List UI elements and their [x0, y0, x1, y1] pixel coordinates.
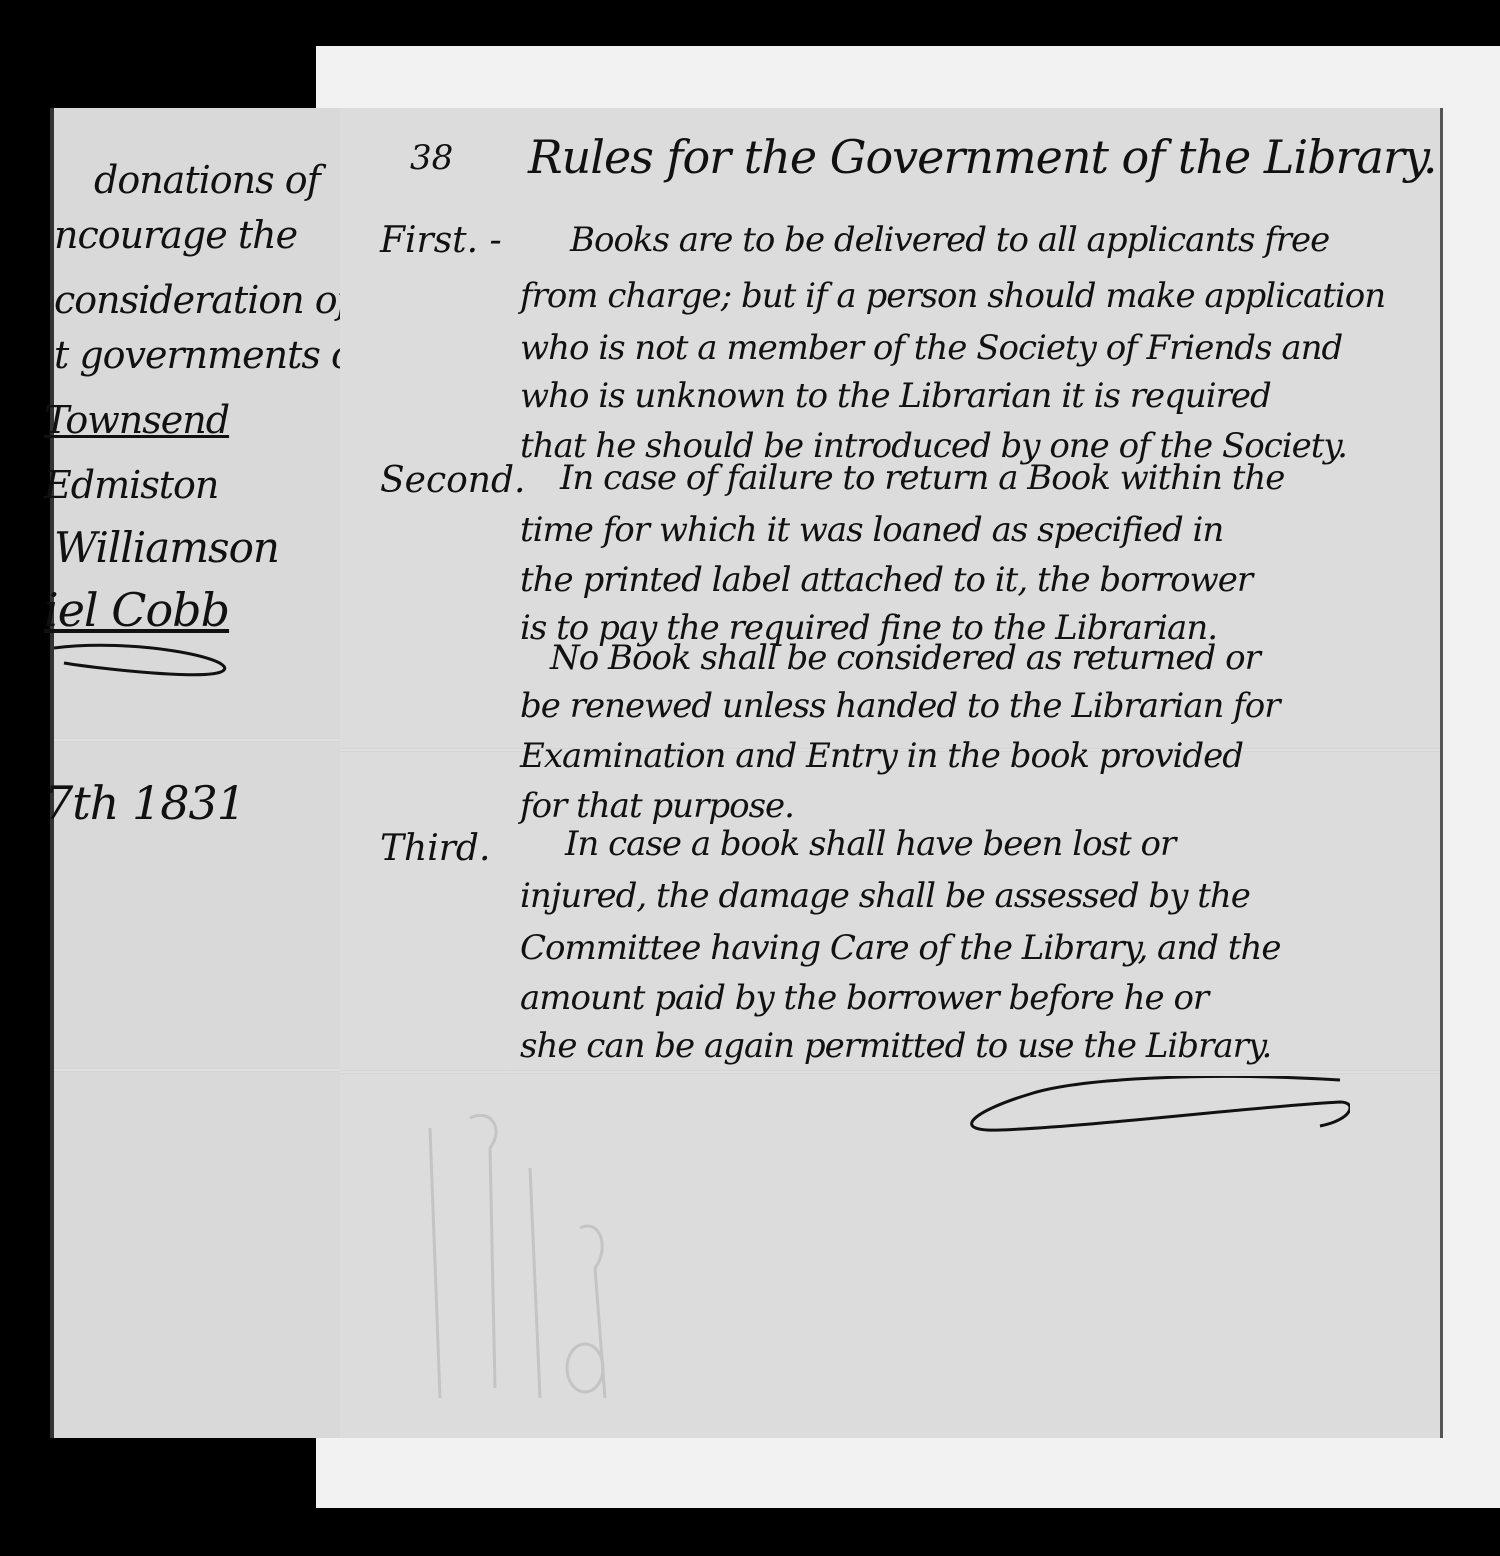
text-line: No Book shall be considered as returned …: [550, 638, 1260, 678]
section-label-second: Second.: [380, 460, 525, 501]
text-line: injured, the damage shall be assessed by…: [520, 876, 1250, 916]
fold-line: [340, 1070, 1440, 1074]
fold-line: [54, 1068, 354, 1072]
closing-flourish: [960, 1076, 1350, 1136]
left-page-fragment: donations of ncourage the consideration …: [50, 108, 354, 1438]
text-line: from charge; but if a person should make…: [520, 276, 1385, 316]
signature-flourish: [54, 628, 244, 688]
left-text-line: t governments of: [54, 333, 366, 377]
text-line: Examination and Entry in the book provid…: [520, 736, 1243, 776]
left-text-line: consideration of: [54, 278, 350, 322]
left-signature: Edmiston: [44, 463, 218, 507]
text-line: who is not a member of the Society of Fr…: [520, 328, 1342, 368]
text-line: In case of failure to return a Book with…: [560, 458, 1284, 498]
document-page: 38 Rules for the Government of the Libra…: [340, 108, 1443, 1438]
text-line: Committee having Care of the Library, an…: [520, 928, 1280, 968]
left-text-line: ncourage the: [54, 213, 297, 257]
section-label-first: First. -: [380, 220, 502, 261]
text-line: Books are to be delivered to all applica…: [570, 220, 1329, 260]
text-line: In case a book shall have been lost or: [565, 824, 1175, 864]
text-line: be renewed unless handed to the Libraria…: [520, 686, 1279, 726]
text-line: she can be again permitted to use the Li…: [520, 1026, 1271, 1066]
text-line: amount paid by the borrower before he or: [520, 978, 1208, 1018]
left-signature: Williamson: [54, 523, 279, 572]
fold-line: [54, 738, 354, 742]
left-text-line: donations of: [94, 158, 320, 202]
faint-stamp-bleedthrough: [410, 1108, 630, 1408]
text-line: time for which it was loaned as specifie…: [520, 510, 1223, 550]
left-signature: Townsend: [44, 398, 229, 442]
text-line: for that purpose.: [520, 786, 794, 826]
page-number: 38: [410, 138, 453, 178]
document-title: Rules for the Government of the Library.: [528, 130, 1436, 184]
text-line: who is unknown to the Librarian it is re…: [520, 376, 1271, 416]
section-label-third: Third.: [380, 828, 490, 869]
left-date: 7th 1831: [44, 776, 245, 830]
text-line: the printed label attached to it, the bo…: [520, 560, 1252, 600]
